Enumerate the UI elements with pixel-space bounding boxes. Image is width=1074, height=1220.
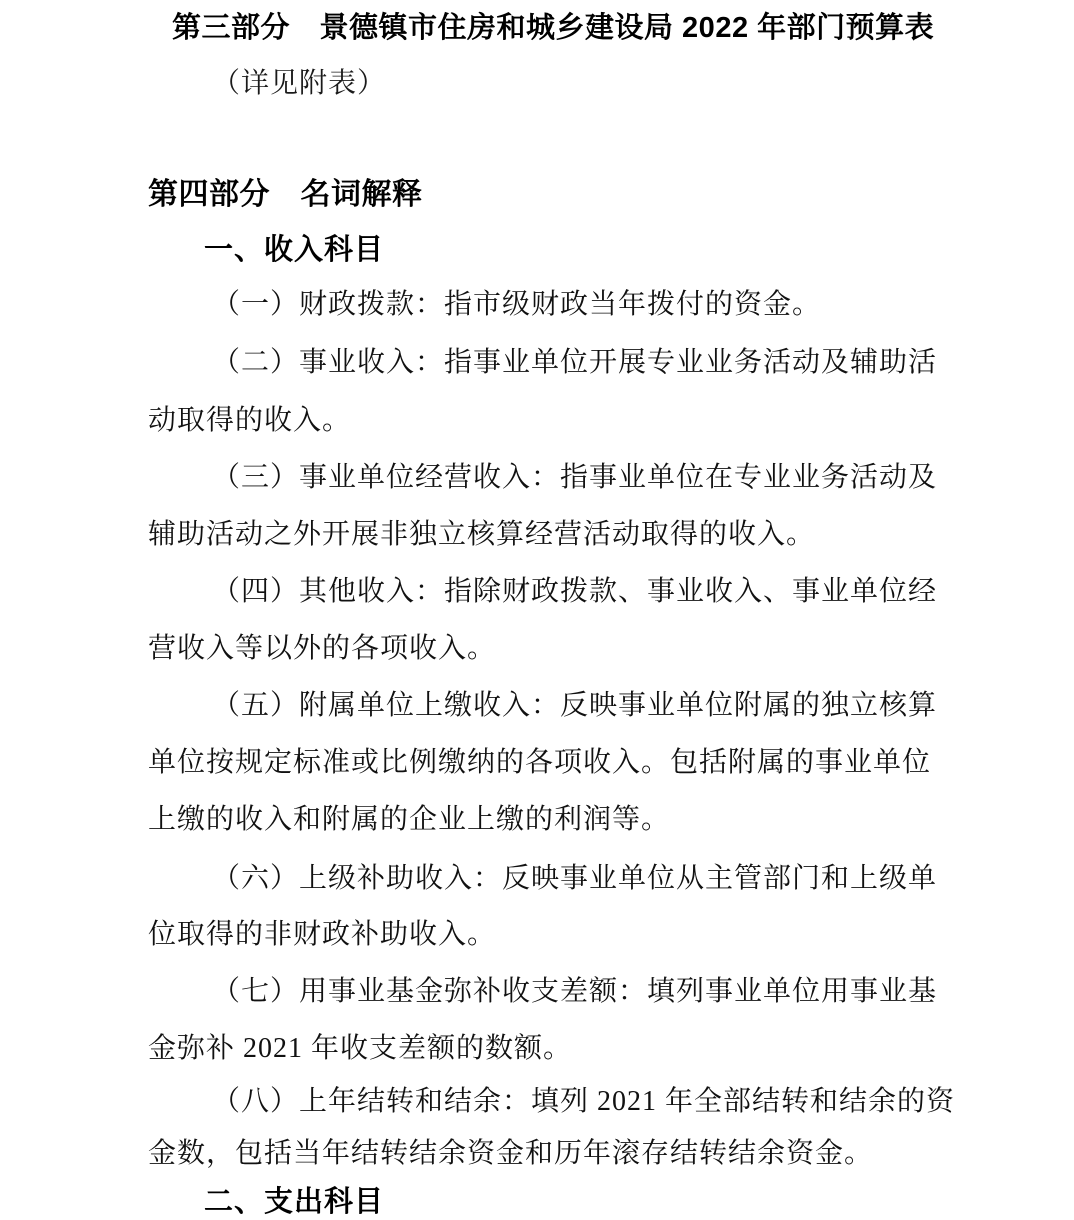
part4-heading: 第四部分 名词解释 xyxy=(148,178,423,211)
body-line-8: （五）附属单位上缴收入：反映事业单位附属的独立核算 xyxy=(212,691,937,721)
body-line-13: （七）用事业基金弥补收支差额：填列事业单位用事业基 xyxy=(212,977,937,1007)
body-line-15: （八）上年结转和结余：填列 2021 年全部结转和结余的资 xyxy=(212,1087,955,1117)
body-line-10: 上缴的收入和附属的企业上缴的利润等。 xyxy=(148,805,670,835)
body-line-16: 金数，包括当年结转结余资金和历年滚存结转结余资金。 xyxy=(148,1139,873,1169)
body-line-5: 辅助活动之外开展非独立核算经营活动取得的收入。 xyxy=(148,520,815,550)
body-line-14: 金弥补 2021 年收支差额的数额。 xyxy=(148,1034,572,1064)
body-line-9: 单位按规定标准或比例缴纳的各项收入。包括附属的事业单位 xyxy=(148,748,931,778)
body-line-4: （三）事业单位经营收入：指事业单位在专业业务活动及 xyxy=(212,463,937,493)
income-section-heading: 一、收入科目 xyxy=(204,234,384,266)
body-line-3: 动取得的收入。 xyxy=(148,406,351,436)
expense-section-heading: 二、支出科目 xyxy=(204,1186,384,1218)
document-page: 第三部分 景德镇市住房和城乡建设局 2022 年部门预算表 （详见附表） 第四部… xyxy=(0,0,1074,1220)
body-line-7: 营收入等以外的各项收入。 xyxy=(148,634,496,664)
body-line-12: 位取得的非财政补助收入。 xyxy=(148,920,496,950)
appendix-note: （详见附表） xyxy=(212,68,386,100)
part3-title: 第三部分 景德镇市住房和城乡建设局 2022 年部门预算表 xyxy=(172,12,934,44)
body-line-11: （六）上级补助收入：反映事业单位从主管部门和上级单 xyxy=(212,864,937,894)
body-line-1: （一）财政拨款：指市级财政当年拨付的资金。 xyxy=(212,290,821,320)
body-line-2: （二）事业收入：指事业单位开展专业业务活动及辅助活 xyxy=(212,348,937,378)
body-line-6: （四）其他收入：指除财政拨款、事业收入、事业单位经 xyxy=(212,577,937,607)
